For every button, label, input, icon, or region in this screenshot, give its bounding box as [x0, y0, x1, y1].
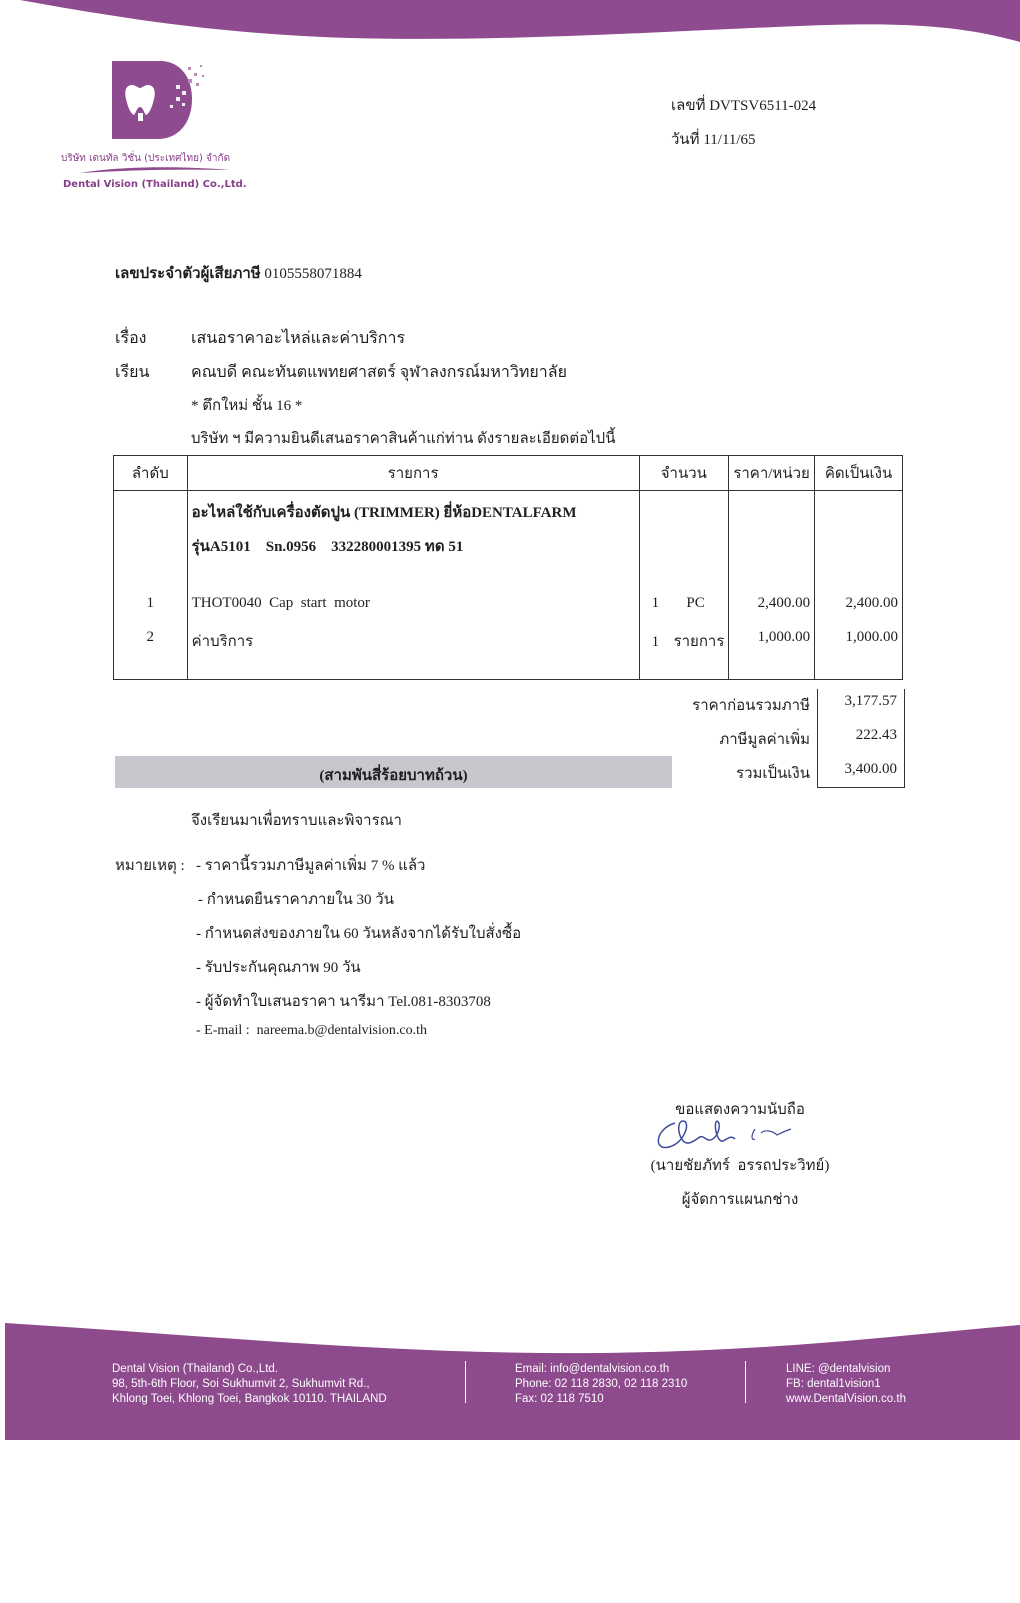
note-item: - ผู้จัดทำใบเสนอราคา นารีมา Tel.081-8303…: [196, 989, 491, 1013]
table-group-row: อะไหล่ใช้กับเครื่องตัดปูน (TRIMMER) ยี่ห…: [114, 491, 903, 596]
footer-email: Email: info@dentalvision.co.th: [515, 1362, 687, 1377]
recipient-location: * ตึกใหม่ ชั้น 16 *: [191, 393, 302, 417]
handwritten-signature-icon: [645, 1115, 835, 1155]
vat-value: 222.43: [817, 727, 897, 744]
vat-label: ภาษีมูลค่าเพิ่ม: [719, 727, 810, 751]
subject-value: เสนอราคาอะไหล่และค่าบริการ: [191, 326, 405, 351]
footer-social: LINE: @dentalvision FB: dental1vision1 w…: [786, 1362, 906, 1407]
footer-divider: [745, 1361, 746, 1403]
header-wave-decoration: [0, 0, 1020, 50]
subtotal-value: 3,177.57: [817, 693, 897, 710]
tax-id: เลขประจำตัวผู้เสียภาษี 0105558071884: [115, 261, 362, 285]
col-header-qty: จำนวน: [639, 456, 729, 491]
items-table: ลำดับ รายการ จำนวน ราคา/หน่วย คิดเป็นเงิ…: [113, 455, 903, 680]
closing-text: จึงเรียนมาเพื่อทราบและพิจารณา: [191, 808, 402, 832]
note-item: - รับประกันคุณภาพ 90 วัน: [196, 955, 361, 979]
footer-facebook: FB: dental1vision1: [786, 1377, 906, 1392]
group-title-line-1: อะไหล่ใช้กับเครื่องตัดปูน (TRIMMER) ยี่ห…: [192, 496, 635, 530]
col-header-unit-price: ราคา/หน่วย: [729, 456, 815, 491]
table-row: 2 ค่าบริการ 1รายการ 1,000.00 1,000.00: [114, 629, 903, 680]
note-item: - E-mail : nareema.b@dentalvision.co.th: [196, 1023, 427, 1039]
footer-contact: Email: info@dentalvision.co.th Phone: 02…: [515, 1362, 687, 1407]
footer-website: www.DentalVision.co.th: [786, 1392, 906, 1407]
group-title-line-2: รุ่นA5101 Sn.0956 332280001395 ทด 51: [192, 530, 635, 564]
footer-address: Dental Vision (Thailand) Co.,Ltd. 98, 5t…: [112, 1362, 387, 1407]
table-row: 1 THOT0040 Cap start motor 1PC 2,400.00 …: [114, 595, 903, 629]
recipient-value: คณบดี คณะทันตแพทยศาสตร์ จุฬาลงกรณ์มหาวิท…: [191, 360, 567, 385]
signer-title: ผู้จัดการแผนกช่าง: [630, 1187, 850, 1211]
subject-label: เรื่อง: [115, 326, 146, 351]
tooth-d-logo-icon: [60, 55, 260, 155]
recipient-label: เรียน: [115, 360, 149, 385]
total-value: 3,400.00: [817, 761, 897, 778]
footer-divider: [465, 1361, 466, 1403]
intro-text: บริษัท ฯ มีความยินดีเสนอราคาสินค้าแก่ท่า…: [191, 426, 615, 450]
company-name-thai: บริษัท เดนทัล วิชั่น (ประเทศไทย) จำกัด: [61, 151, 230, 166]
footer-line: LINE: @dentalvision: [786, 1362, 906, 1377]
signer-name: (นายชัยภัทร์ อรรถประวิทย์): [630, 1153, 850, 1177]
note-item: - ราคานี้รวมภาษีมูลค่าเพิ่ม 7 % แล้ว: [196, 853, 425, 877]
total-label: รวมเป็นเงิน: [736, 761, 810, 785]
col-header-amount: คิดเป็นเงิน: [815, 456, 903, 491]
document-number: เลขที่ DVTSV6511-024: [671, 93, 816, 117]
footer-fax: Fax: 02 118 7510: [515, 1392, 687, 1407]
note-item: - กำหนดยืนราคาภายใน 30 วัน: [198, 887, 394, 911]
col-header-description: รายการ: [187, 456, 639, 491]
document-date: วันที่ 11/11/65: [671, 127, 756, 151]
total-in-words: (สามพันสี่ร้อยบาทถ้วน): [115, 763, 672, 787]
footer-phone: Phone: 02 118 2830, 02 118 2310: [515, 1377, 687, 1392]
note-item: - กำหนดส่งของภายใน 60 วันหลังจากได้รับใบ…: [196, 921, 521, 945]
company-name-english: Dental Vision (Thailand) Co.,Ltd.: [63, 179, 247, 190]
notes-label: หมายเหตุ :: [115, 853, 185, 877]
col-header-no: ลำดับ: [114, 456, 188, 491]
table-header-row: ลำดับ รายการ จำนวน ราคา/หน่วย คิดเป็นเงิ…: [114, 456, 903, 491]
subtotal-label: ราคาก่อนรวมภาษี: [692, 693, 810, 717]
